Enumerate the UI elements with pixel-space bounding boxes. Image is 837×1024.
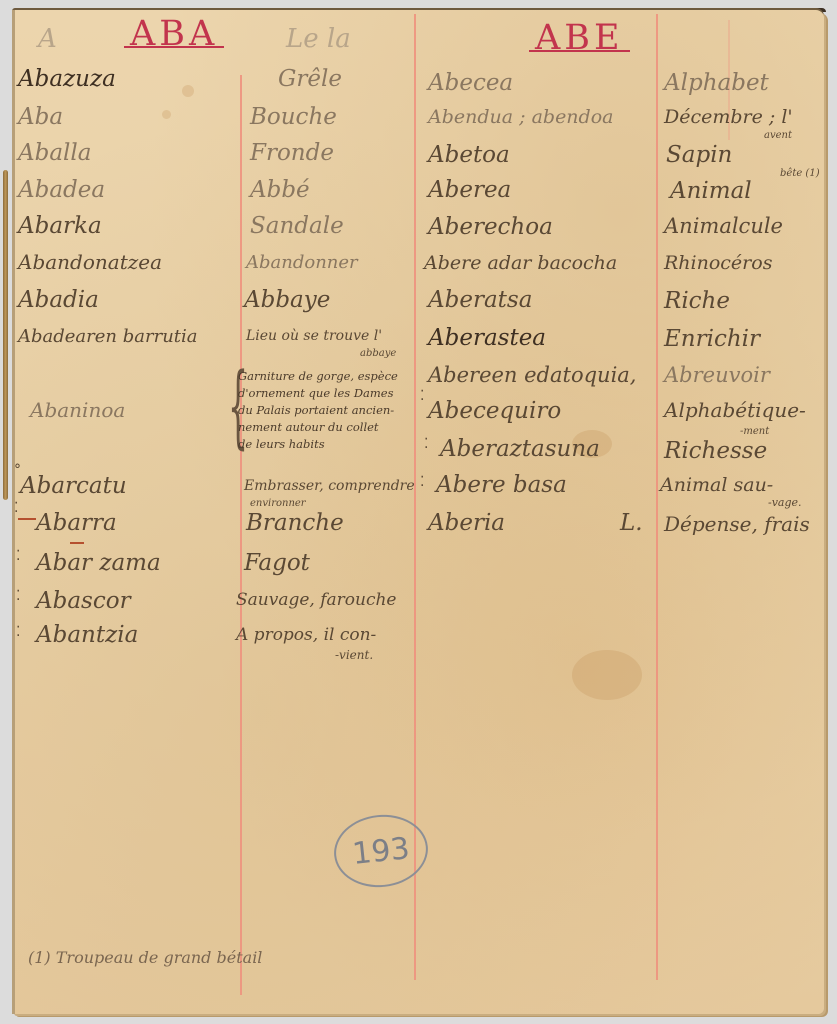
stain [162, 110, 171, 119]
stamp-aba: ABA [130, 14, 218, 54]
french-translation: Abbé [250, 177, 310, 203]
french-translation: Abandonner [246, 252, 358, 273]
basque-word: Abarcatu [20, 473, 127, 499]
french-translation: Enrichir [664, 326, 760, 352]
french-continuation: bête (1) [780, 168, 820, 179]
french-translation: Sapin [666, 142, 732, 168]
column-rule [240, 75, 242, 995]
dot-marker: ⁚ [420, 388, 424, 404]
stain [572, 650, 642, 700]
basque-word: Abereen edatoquia, [428, 363, 636, 387]
french-translation: Bouche [250, 104, 337, 130]
french-translation: Abreuvoir [664, 363, 770, 387]
binding-thread [3, 170, 8, 500]
red-dash-mark [18, 518, 36, 520]
french-translation: Animal sau- [660, 474, 773, 496]
french-translation: Animalcule [664, 214, 783, 238]
basque-word: Abecea [428, 70, 513, 96]
column-rule [656, 14, 658, 980]
french-translation: Branche [246, 510, 344, 536]
definition-block: Garniture de gorge, espèce d'ornement qu… [238, 368, 418, 453]
basque-word: Abadearen barrutia [18, 326, 198, 347]
french-translation: Décembre ; l' [664, 106, 793, 128]
dot-marker: ⁚ [14, 500, 18, 516]
french-translation: Riche [664, 288, 730, 314]
french-continuation: environner [250, 498, 306, 509]
basque-word: Abazuza [18, 66, 116, 92]
footnote: (1) Troupeau de grand bétail [28, 948, 262, 967]
basque-word: Abere basa [436, 472, 567, 498]
basque-word: Aberaztasuna [440, 436, 600, 462]
basque-word: Abarka [18, 213, 102, 239]
dot-marker: ⁚ [16, 548, 20, 564]
dot-marker: ⁚ [420, 474, 424, 490]
basque-word: Abarra [36, 510, 117, 536]
french-translation: Sandale [250, 213, 344, 239]
basque-word: Aba [18, 104, 63, 130]
french-translation: A propos, il con- [236, 625, 376, 645]
french-translation: Lieu où se trouve l' [246, 328, 382, 344]
dot-marker: ⁚ [16, 624, 20, 640]
french-continuation: -vage. [768, 496, 802, 509]
faint-heading-right: Le la [286, 24, 351, 54]
french-translation: Sauvage, farouche [236, 590, 397, 610]
french-translation: Embrasser, comprendre [244, 478, 415, 494]
basque-word: Aberatsa [428, 287, 532, 313]
faint-heading-left: A [38, 24, 57, 54]
basque-word: Aberea [428, 177, 511, 203]
definition-line: d'ornement que les Dames [238, 385, 418, 402]
basque-word: Abascor [36, 588, 131, 614]
red-dash-mark [70, 542, 84, 544]
french-continuation: avent [764, 130, 792, 141]
french-translation: Rhinocéros [664, 252, 772, 274]
basque-word: Aballa [18, 140, 91, 166]
basque-word: Abar zama [36, 550, 161, 576]
dot-marker: ⁚ [424, 436, 428, 452]
french-translation: Grêle [278, 66, 342, 92]
basque-word: Abandonatzea [18, 250, 162, 274]
basque-word: Aberia [428, 510, 505, 536]
basque-word: Abadia [18, 287, 99, 313]
definition-line: du Palais portaient ancien- [238, 402, 418, 419]
french-continuation: -vient. [335, 648, 373, 662]
french-translation: Fronde [250, 140, 334, 166]
definition-line: de leurs habits [238, 436, 418, 453]
stamp-abe: ABE [535, 18, 624, 58]
basque-word: Abere adar bacocha [424, 252, 617, 274]
basque-word: Abantzia [36, 622, 138, 648]
basque-word: Abaninoa [30, 398, 125, 422]
definition-line: nement autour du collet [238, 419, 418, 436]
definition-line: Garniture de gorge, espèce [238, 368, 418, 385]
basque-word: Abetoa [428, 142, 510, 168]
stain [182, 85, 194, 97]
french-translation: Animal [670, 178, 752, 204]
basque-word: Abecequiro [428, 398, 561, 424]
french-translation: Alphabétique- [664, 398, 806, 422]
basque-word: Aberechoa [428, 214, 553, 240]
basque-word: Abadea [18, 177, 105, 203]
dot-marker: ⁚ [16, 588, 20, 604]
french-translation: Richesse [664, 438, 767, 464]
french-continuation: abbaye [360, 348, 396, 359]
french-translation: Dépense, frais [664, 512, 810, 536]
entry-marker: L. [620, 510, 643, 536]
french-translation: Fagot [244, 550, 310, 576]
french-translation: Alphabet [664, 70, 769, 96]
basque-word: Aberastea [428, 325, 546, 351]
french-continuation: -ment [740, 426, 769, 437]
basque-word: Abendua ; abendoa [428, 106, 613, 128]
french-translation: Abbaye [244, 287, 330, 313]
